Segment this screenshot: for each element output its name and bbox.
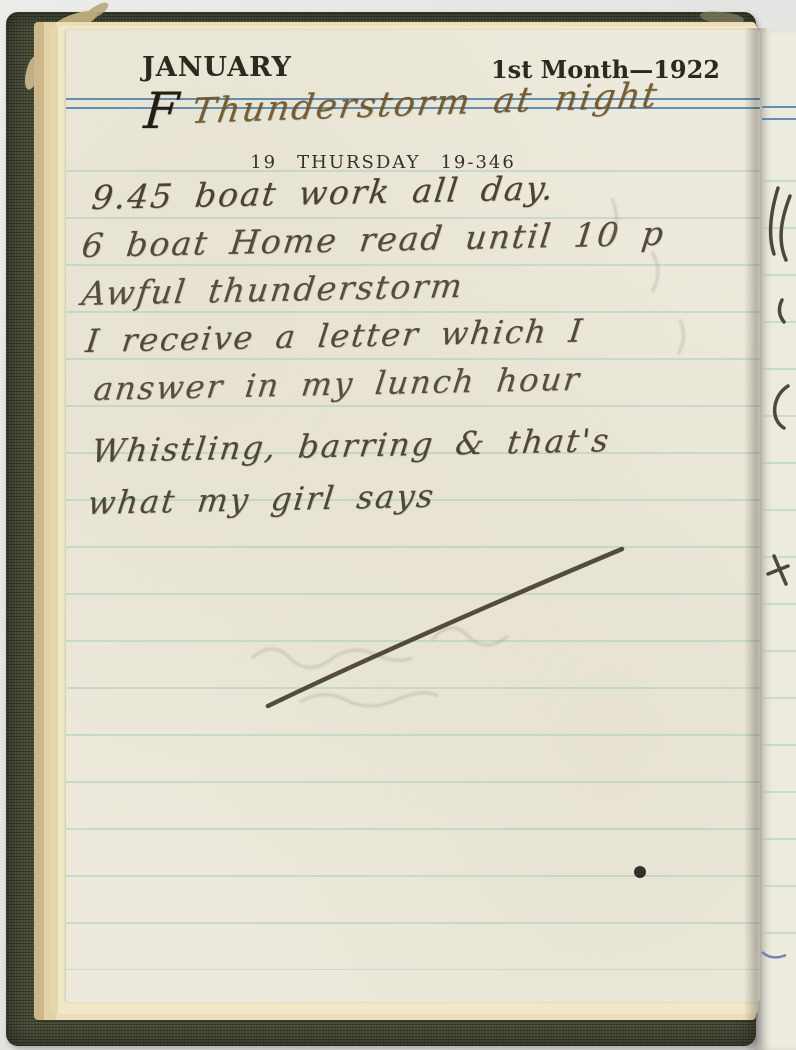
diary-photograph: JANUARY 1st Month—1922 19THURSDAY19-346 … <box>0 0 796 1050</box>
handwriting-quote-line: what my girl says <box>86 477 438 522</box>
handwriting-weather-prefix: F <box>142 82 181 140</box>
month-label: JANUARY <box>142 52 292 83</box>
date-weekday: THURSDAY <box>297 152 420 173</box>
date-day: 19 <box>250 152 277 173</box>
blue-header-rule <box>762 118 796 120</box>
blue-header-rule <box>762 106 796 108</box>
handwriting-weather-note: Thunderstorm at night <box>189 76 661 132</box>
handwriting-entry-line: Awful thunderstorm <box>80 266 466 313</box>
date-line: 19THURSDAY19-346 <box>66 152 700 173</box>
diary-left-page: JANUARY 1st Month—1922 19THURSDAY19-346 … <box>66 30 760 1002</box>
ruled-lines <box>762 135 796 970</box>
diary-right-page-sliver <box>762 30 796 1050</box>
